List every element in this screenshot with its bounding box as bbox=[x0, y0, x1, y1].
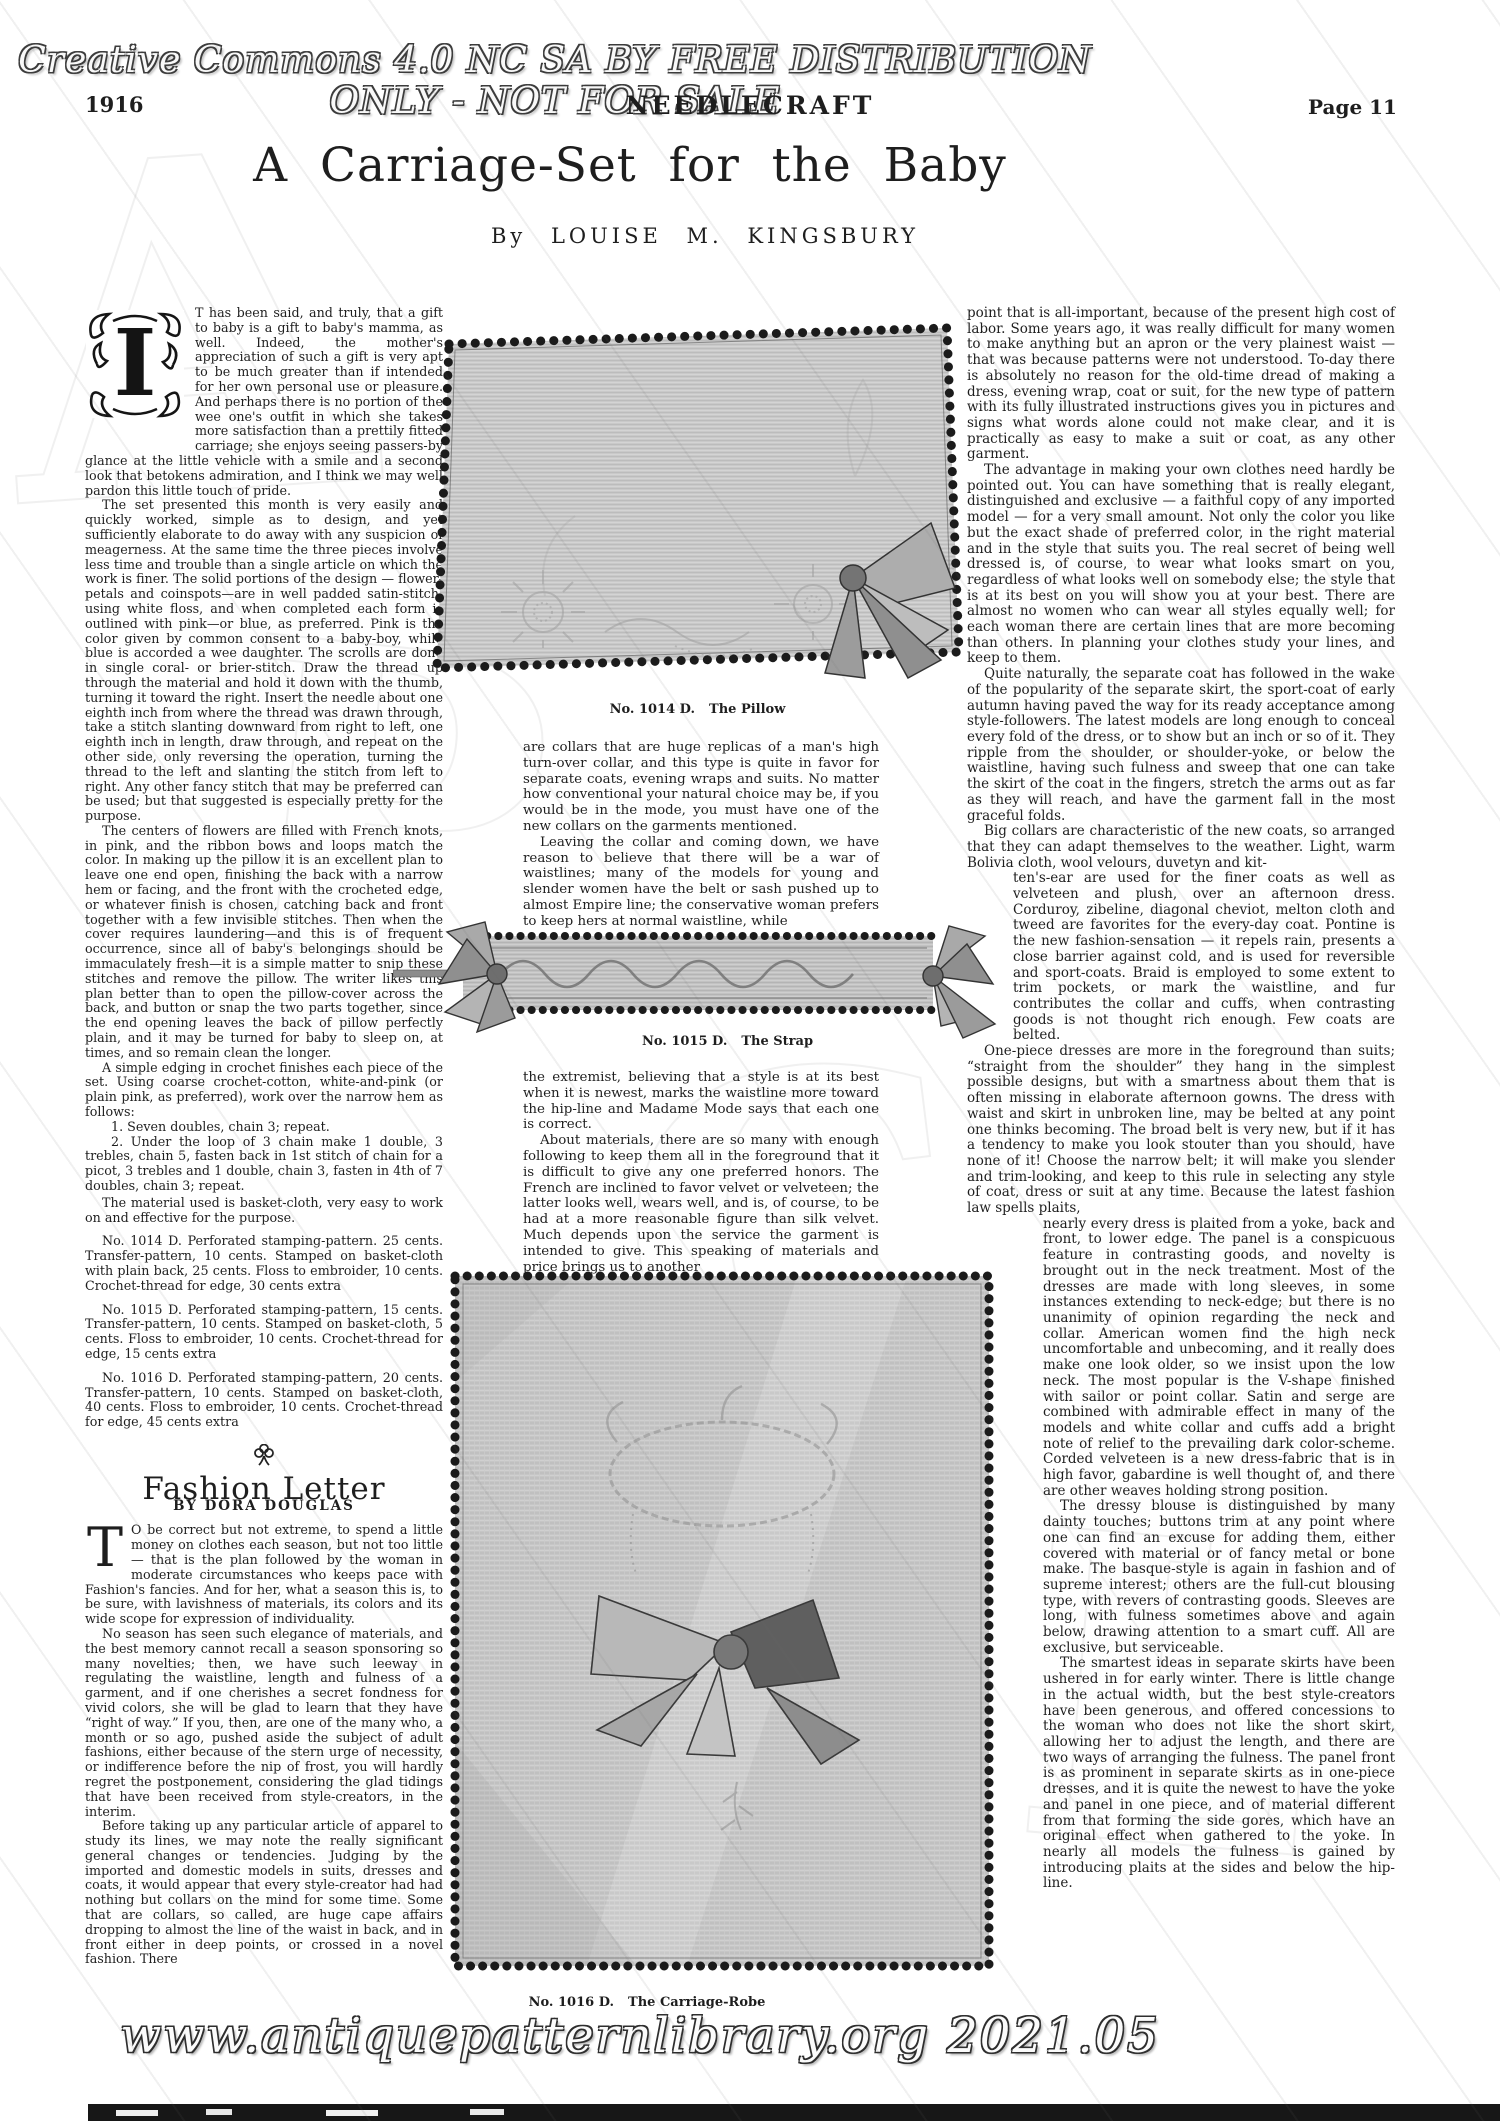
page-number: Page 11 bbox=[1308, 95, 1397, 119]
pattern-listing: No. 1015 D. Perforated stamping-pattern,… bbox=[85, 1303, 443, 1362]
pattern-listing: No. 1014 D. Perforated stamping-pattern.… bbox=[85, 1234, 443, 1293]
fashion-letter-heading: Fashion Letter bbox=[85, 1482, 443, 1497]
clover-ornament-icon bbox=[85, 1444, 443, 1472]
paragraph: ten's-ear are used for the finer coats a… bbox=[1013, 871, 1395, 1044]
paragraph: The centers of flowers are filled with F… bbox=[85, 824, 443, 1061]
drop-cap-letter: T bbox=[85, 1523, 131, 1570]
crochet-step: 1. Seven doubles, chain 3; repeat. bbox=[85, 1120, 443, 1135]
pattern-listing: No. 1016 D. Perforated stamping-pattern,… bbox=[85, 1371, 443, 1430]
page-edge-strip bbox=[88, 2104, 1500, 2121]
paragraph: The smartest ideas in separate skirts ha… bbox=[1043, 1656, 1395, 1892]
paragraph: point that is all-important, because of … bbox=[967, 306, 1395, 463]
article-title: A Carriage-Set for the Baby bbox=[150, 138, 1110, 193]
right-column: point that is all-important, because of … bbox=[967, 306, 1395, 1892]
paragraph: Before taking up any particular article … bbox=[85, 1819, 443, 1967]
paragraph: No season has seen such elegance of mate… bbox=[85, 1627, 443, 1819]
paragraph: The dressy blouse is distinguished by ma… bbox=[1043, 1499, 1395, 1656]
paragraph: O be correct but not extreme, to spend a… bbox=[85, 1523, 443, 1627]
strap-caption: No. 1015 D.The Strap bbox=[455, 1034, 1000, 1049]
magazine-name: NEEDLECRAFT bbox=[0, 91, 1500, 120]
paragraph: The advantage in making your own clothes… bbox=[967, 463, 1395, 667]
carriage-robe-photo bbox=[437, 1262, 1007, 1986]
left-column: I T has been said, and truly, that a gif… bbox=[85, 306, 443, 1967]
figure-name: The Pillow bbox=[709, 702, 785, 717]
figure-number: No. 1014 D. bbox=[610, 702, 695, 717]
paragraph: About materials, there are so many with … bbox=[523, 1133, 879, 1275]
paragraph: The set presented this month is very eas… bbox=[85, 498, 443, 824]
pillow-photo bbox=[425, 316, 970, 702]
paragraph: A simple edging in crochet finishes each… bbox=[85, 1061, 443, 1120]
paragraph: are collars that are huge replicas of a … bbox=[523, 740, 879, 835]
middle-column-upper: are collars that are huge replicas of a … bbox=[523, 740, 879, 930]
paragraph: One-piece dresses are more in the foregr… bbox=[967, 1044, 1395, 1217]
figure-number: No. 1015 D. bbox=[642, 1034, 727, 1049]
ornate-initial-icon: I bbox=[85, 309, 185, 449]
bottom-watermark: www.antiquepatternlibrary.org 2021.05 bbox=[60, 2008, 1220, 2064]
paragraph: Quite naturally, the separate coat has f… bbox=[967, 667, 1395, 824]
paragraph: Big collars are characteristic of the ne… bbox=[967, 824, 1395, 871]
paragraph: The material used is basket-cloth, very … bbox=[85, 1196, 443, 1226]
figure-name: The Strap bbox=[741, 1034, 813, 1049]
fashion-letter-byline: BY DORA DOUGLAS bbox=[85, 1499, 443, 1514]
middle-column-lower: the extremist, believing that a style is… bbox=[523, 1070, 879, 1275]
crochet-step: 2. Under the loop of 3 chain make 1 doub… bbox=[85, 1135, 443, 1194]
paragraph: the extremist, believing that a style is… bbox=[523, 1070, 879, 1133]
paragraph: Leaving the collar and coming down, we h… bbox=[523, 835, 879, 930]
article-byline: By LOUISE M. KINGSBURY bbox=[150, 224, 1260, 248]
paragraph: nearly every dress is plaited from a yok… bbox=[1043, 1217, 1395, 1500]
drop-cap-letter: I bbox=[113, 309, 156, 417]
pillow-caption: No. 1014 D.The Pillow bbox=[425, 702, 970, 717]
